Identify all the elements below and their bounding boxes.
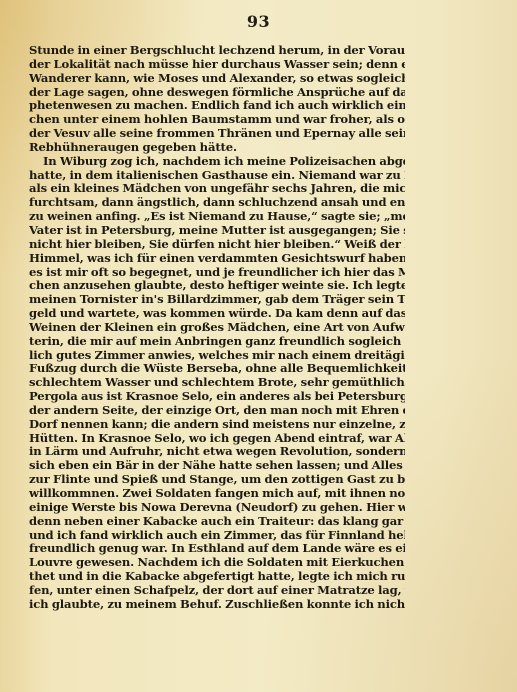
text-line: lich gutes Zimmer anwies, welches mir na… — [29, 349, 405, 363]
text-line: es ist mir oft so begegnet, und je freun… — [29, 266, 405, 280]
text-line: furchtsam, dann ängstlich, dann schluchz… — [29, 196, 405, 210]
text-line: nicht hier bleiben, Sie dürfen nicht hie… — [29, 238, 405, 252]
text-line: In Wiburg zog ich, nachdem ich meine Pol… — [29, 155, 405, 169]
text-line: Himmel, was ich für einen verdammten Ges… — [29, 252, 405, 266]
text-line: der andern Seite, der einzige Ort, den m… — [29, 404, 405, 418]
text-line: und ich fand wirklich auch ein Zimmer, d… — [29, 529, 405, 543]
text-line: Pergola aus ist Krasnoe Selo, ein andere… — [29, 390, 405, 404]
text-line: als ein kleines Mädchen von ungefähr sec… — [29, 182, 405, 196]
text-line: Vater ist in Petersburg, meine Mutter is… — [29, 224, 405, 238]
text-line: meinen Tornister in's Billardzimmer, gab… — [29, 293, 405, 307]
text-line: der Vesuv alle seine frommen Thränen und… — [29, 127, 405, 141]
text-line: der Lage sagen, ohne deswegen förmliche … — [29, 86, 405, 100]
body-text: Stunde in einer Bergschlucht lechzend he… — [29, 44, 405, 612]
text-line: terin, die mir auf mein Anbringen ganz f… — [29, 335, 405, 349]
text-line: zur Flinte und Spieß und Stange, um den … — [29, 473, 405, 487]
text-line: thet und in die Kabacke abgefertigt hatt… — [29, 570, 405, 584]
text-line: Wanderer kann, wie Moses und Alexander, … — [29, 72, 405, 86]
text-line: in Lärm und Aufruhr, nicht etwa wegen Re… — [29, 445, 405, 459]
text-line: ich glaubte, zu meinem Behuf. Zuschließe… — [29, 598, 405, 612]
text-line: hatte, in dem italienischen Gasthause ei… — [29, 169, 405, 183]
text-line: Fußzug durch die Wüste Berseba, ohne all… — [29, 362, 405, 376]
text-line: Stunde in einer Bergschlucht lechzend he… — [29, 44, 405, 58]
text-line: Rebhühneraugen gegeben hätte. — [29, 141, 405, 155]
text-line: Weinen der Kleinen ein großes Mädchen, e… — [29, 321, 405, 335]
text-line: phetenwesen zu machen. Endlich fand ich … — [29, 99, 405, 113]
text-line: Louvre gewesen. Nachdem ich die Soldaten… — [29, 556, 405, 570]
text-line: willkommnen. Zwei Soldaten fangen mich a… — [29, 487, 405, 501]
text-line: Hütten. In Krasnoe Selo, wo ich gegen Ab… — [29, 432, 405, 446]
text-line: der Lokalität nach müsse hier durchaus W… — [29, 58, 405, 72]
text-line: fen, unter einen Schafpelz, der dort auf… — [29, 584, 405, 598]
text-line: zu weinen anfing. „Es ist Niemand zu Hau… — [29, 210, 405, 224]
book-page: 93 Stunde in einer Bergschlucht lechzend… — [0, 0, 517, 692]
text-line: chen anzusehen glaubte, desto heftiger w… — [29, 279, 405, 293]
text-line: chen unter einem hohlen Baumstamm und wa… — [29, 113, 405, 127]
text-line: schlechtem Wasser und schlechtem Brote, … — [29, 376, 405, 390]
text-line: denn neben einer Kabacke auch ein Traite… — [29, 515, 405, 529]
text-line: Dorf nennen kann; die andern sind meiste… — [29, 418, 405, 432]
text-line: freundlich genug war. In Esthland auf de… — [29, 542, 405, 556]
text-line: sich eben ein Bär in der Nähe hatte sehe… — [29, 459, 405, 473]
text-line: geld und wartete, was kommen würde. Da k… — [29, 307, 405, 321]
text-line: einige Werste bis Nowa Derevna (Neudorf)… — [29, 501, 405, 515]
page-number: 93 — [0, 12, 517, 31]
